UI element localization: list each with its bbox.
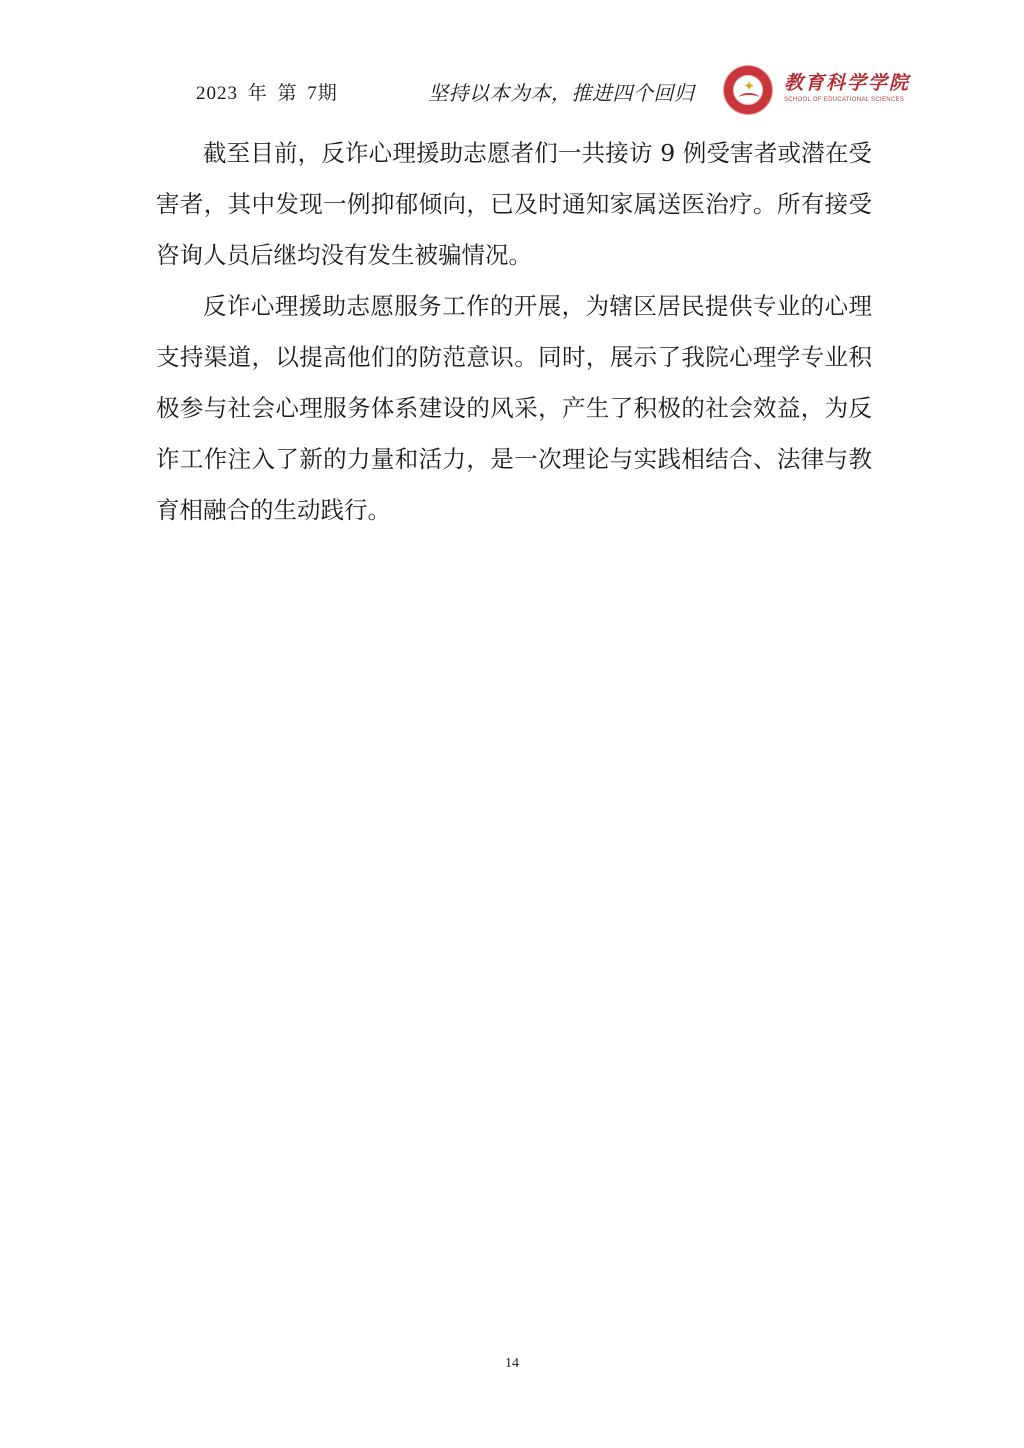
page-header: 2023 年 第 7期 坚持以本为本，推进四个回归 ✦ 教育科学学院 SCHOO… xyxy=(0,66,1024,116)
school-brand: 教育科学学院 SCHOOL OF EDUCATIONAL SCIENCES xyxy=(784,72,910,104)
issue-label: 2023 年 第 7期 xyxy=(196,78,338,105)
article-body: 截至目前，反诈心理援助志愿者们一共接访 9 例受害者或潜在受害者，其中发现一例抑… xyxy=(156,128,872,536)
paragraph: 截至目前，反诈心理援助志愿者们一共接访 9 例受害者或潜在受害者，其中发现一例抑… xyxy=(156,128,872,281)
school-name-en: SCHOOL OF EDUCATIONAL SCIENCES xyxy=(784,96,910,104)
header-slogan: 坚持以本为本，推进四个回归 xyxy=(428,77,695,106)
paragraph: 反诈心理援助志愿服务工作的开展，为辖区居民提供专业的心理支持渠道，以提高他们的防… xyxy=(156,281,872,536)
page-number: 14 xyxy=(0,1356,1024,1372)
school-name-cn: 教育科学学院 xyxy=(784,72,910,94)
school-emblem-icon: ✦ xyxy=(724,66,772,114)
